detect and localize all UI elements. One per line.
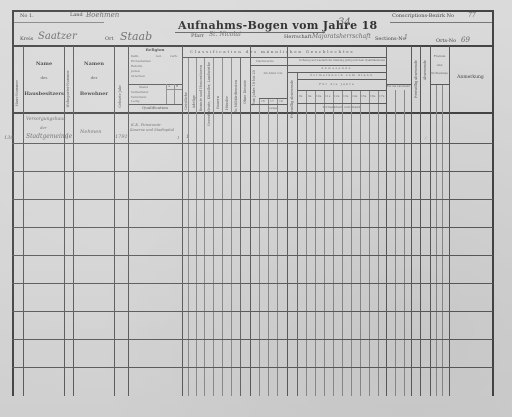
orts-value: 69 (461, 37, 470, 44)
age-col: 17 (270, 100, 274, 103)
sub-col (442, 84, 443, 396)
class-col: Ohne Dienste (243, 80, 247, 104)
orts-label: Orts-No (436, 39, 456, 44)
class-col: Adelige (192, 95, 196, 108)
header-wohnpartei: Wohnpartei-Nummer (66, 70, 70, 107)
year-col: 16s (370, 95, 375, 98)
religion-col: verh. (170, 55, 178, 58)
sub-col (360, 90, 361, 396)
rule (250, 65, 287, 66)
header-note: In Bezug auf wiederholte Stellung gültig… (299, 60, 385, 63)
header-nichtadelige: Nichtadelige (430, 73, 449, 76)
ort-label: Ort (105, 37, 114, 42)
ort-value: Staab (120, 31, 152, 42)
class-col: Gewerbsleute, Künstler, Landwirthe (207, 62, 211, 126)
row-line (12, 283, 493, 284)
conscription-value: 77 (468, 13, 476, 19)
year-col: 13s (343, 95, 348, 98)
sub-col (297, 72, 298, 396)
year-col: 11s (325, 95, 330, 98)
land-label: Land (70, 13, 83, 18)
header-abwesende: Abwesende (287, 67, 386, 70)
sub-col (351, 90, 352, 396)
header-namen: Namen (74, 62, 114, 67)
header-vormerk-footer: Vormerkbuch zum Stand (297, 106, 386, 109)
header-name: Name (24, 62, 64, 67)
header-haus-nummer: Haus-Nummer (15, 80, 19, 106)
herrschaft-value: Majoratsherrschaft (312, 34, 371, 40)
cell-wohnpartei: 1 (66, 136, 69, 140)
header-fuer-jahre: Für die Jahre (297, 83, 377, 86)
year-col: 10s (316, 95, 321, 98)
cell-mark: 1 (177, 136, 180, 140)
religion-row: Juden (131, 70, 140, 73)
conscription-label: Conscriptions-Bezirk No (392, 14, 454, 19)
religion-row: Reform. (131, 65, 143, 68)
cell-besitzer-mid: der (40, 126, 47, 130)
stand-row: Ledig (131, 100, 140, 103)
row-line (12, 367, 493, 368)
header-alter: Im Alter von (259, 72, 287, 75)
census-sheet: No 1. Land Boehmen Aufnahms-Bogen vom Ja… (0, 0, 512, 417)
sub-col (315, 90, 316, 396)
header-fremde: Fremde (430, 55, 449, 58)
row-line (12, 339, 493, 340)
cell-geburtsjahr: 1791 (115, 135, 128, 140)
sheet-number: No 1. (20, 14, 34, 19)
cell-qualification-bottom: Kaserne und Stadtspital (130, 129, 174, 133)
class-col: Beamte und Honoratioren (199, 65, 203, 111)
class-col: Zu Militärdiensten (234, 80, 238, 113)
rule (174, 84, 175, 104)
sub-col (306, 90, 307, 396)
cell-mark-right: / (425, 136, 426, 140)
row-line (12, 227, 493, 228)
col-sep (182, 46, 183, 396)
col-sep (430, 46, 431, 396)
header-religion: Religion (128, 48, 182, 52)
col-sep (114, 46, 115, 396)
sections-value: 1 (404, 35, 408, 41)
stand-row: Verheiratet (131, 91, 148, 94)
header-hausbesitzers: Hausbesitzers (24, 92, 64, 97)
herrschaft-label: Herrschaft (284, 35, 312, 40)
stand-col: B (176, 85, 178, 88)
col-sep (287, 46, 288, 396)
stand-header: Stand (139, 86, 148, 89)
sub-col (404, 90, 405, 396)
header-classification: Classification des männlichen Geschlecht… (190, 50, 354, 54)
kreis-value: Saatzer (38, 32, 77, 42)
class-col: Vom Jahre 18 bis 20 (252, 70, 256, 106)
frame-top (12, 10, 494, 12)
title-underline (175, 32, 325, 33)
year-col: 17s (379, 95, 384, 98)
sub-col (369, 90, 370, 396)
class-col: Häusler (225, 96, 229, 110)
year-col: 12s (334, 95, 339, 98)
sub-col (333, 90, 334, 396)
sub-col (395, 90, 396, 396)
col-sep (386, 46, 387, 396)
pfarr-label: Pfarr (191, 34, 204, 39)
age-col: 16 (261, 100, 265, 103)
sub-col (324, 90, 325, 396)
land-value: Boehmen (86, 12, 119, 19)
header-nachwuchs: Nachwuchs (256, 60, 274, 63)
sub-col (378, 90, 379, 396)
religion-row: Griechen (131, 75, 145, 78)
header-landwehr: Für die Landwehr (386, 86, 411, 89)
rule (182, 57, 386, 58)
year-col: 14s (352, 95, 357, 98)
class-col: Geistliche (184, 92, 188, 110)
year-value: 34 (338, 18, 351, 28)
col-sep (128, 46, 129, 396)
header-geburtsjahr: Geburts-Jahr (118, 85, 122, 108)
row-line (12, 255, 493, 256)
header-der: der (74, 76, 114, 80)
religion-col: led. (156, 55, 162, 58)
row-line (12, 143, 493, 144)
class-col: Bauern (216, 96, 220, 109)
header-abwesend: Abwesende (423, 60, 427, 80)
header-vormerk: Vormerkbuch zum Stand (297, 74, 386, 77)
rule (390, 22, 492, 23)
religion-row: Protestanten (131, 60, 151, 63)
rule (297, 90, 386, 91)
rule (430, 84, 449, 85)
cell-qualification-top: K.K. Pensionär (131, 123, 161, 127)
row-line (12, 199, 493, 200)
religion-row: Kath. (131, 55, 139, 58)
col-sep (73, 46, 74, 396)
row-line (12, 171, 493, 172)
kreis-label: Kreis (20, 37, 33, 42)
header-anmerkung: Anmerkung (449, 76, 492, 81)
rule (297, 103, 386, 104)
header-qualification: Qualification (128, 106, 182, 110)
header-bewohner: Bewohner (74, 92, 114, 97)
sub-col (436, 84, 437, 396)
sections-label: Sections-No (375, 37, 406, 42)
row-line (12, 311, 493, 312)
header-freiwillig-abwesende: Freiwillig abwesende (414, 60, 418, 98)
sub-col (342, 90, 343, 396)
col-sep (449, 46, 450, 396)
age-col: 18 (279, 100, 283, 103)
cell-bewohner: Nehmen (80, 130, 101, 135)
header-des: des (24, 76, 64, 80)
header-und: und (430, 64, 449, 67)
col-sep (64, 46, 65, 396)
col-sep (411, 46, 412, 396)
year-col: 8s (299, 95, 302, 98)
year-col: 15s (361, 95, 366, 98)
header-freiwillig: Freiwillig abwesende (290, 80, 294, 118)
rule (14, 22, 104, 23)
rule (166, 89, 182, 90)
cell-mark: 1 (186, 135, 189, 140)
cell-besitzer-top: Versorgungshaus (26, 118, 65, 123)
rule (297, 79, 386, 80)
stand-col: A (168, 85, 170, 88)
col-sep (420, 46, 421, 396)
col-sep (250, 46, 251, 396)
header-ueber: Ueber (259, 107, 287, 110)
cell-haus-nummer: 130 (4, 136, 14, 141)
rule (166, 84, 167, 104)
year-col: 9s (308, 95, 311, 98)
col-sep (23, 46, 24, 396)
